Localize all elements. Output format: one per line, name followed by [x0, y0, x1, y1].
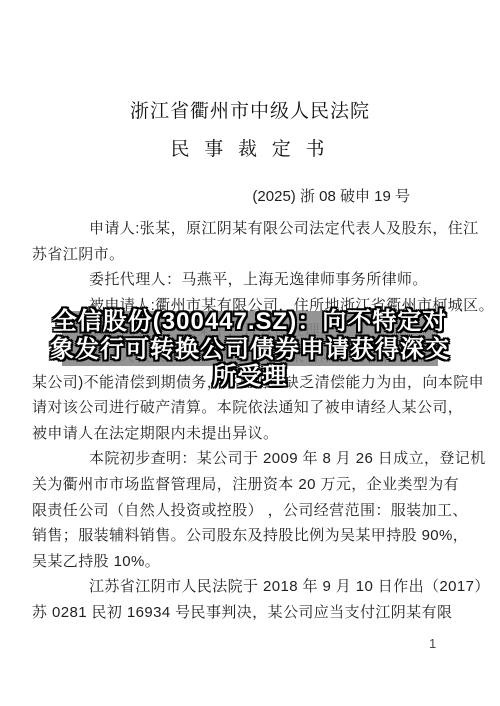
body-line: 本院初步查明：某公司于 2009 年 8 月 26 日成立，登记机	[32, 446, 470, 472]
body-line: 关为衢州市市场监督管理局，注册资本 20 万元，企业类型为有	[32, 472, 470, 498]
court-name: 浙江省衢州市中级人民法院	[0, 96, 500, 123]
body-line: 申请人:张某，原江阴某有限公司法定代表人及股东，住江	[32, 216, 470, 242]
headline-line: 象发行可转换公司债券申请获得深交	[0, 336, 500, 364]
headline-line: 所受理	[0, 363, 500, 391]
body-line: 江苏省江阴市人民法院于 2018 年 9 月 10 日作出（2017）	[32, 574, 470, 600]
court-document-page: 浙江省衢州市中级人民法院 民 事 裁 定 书 (2025) 浙 08 破申 19…	[0, 0, 500, 706]
body-line: 委托代理人：马燕平，上海无逸律师事务所律师。	[32, 267, 470, 293]
document-type-title: 民 事 裁 定 书	[0, 134, 500, 161]
body-line: 限责任公司（自然人投资或控股） ，公司经营范围：服装加工、	[32, 498, 470, 524]
headline-line: 全信股份(300447.SZ)：向不特定对	[0, 308, 500, 336]
body-line: 苏省江阴市。	[32, 242, 470, 268]
document-body: 申请人:张某，原江阴某有限公司法定代表人及股东，住江 苏省江阴市。 委托代理人：…	[32, 216, 470, 626]
page-number: 1	[429, 636, 436, 651]
news-headline-overlay: 全信股份(300447.SZ)：向不特定对 象发行可转换公司债券申请获得深交 所…	[0, 308, 500, 391]
body-line: 被申请人在法定期限内未提出异议。	[32, 421, 470, 447]
body-line: 请对该公司进行破产清算。本院依法通知了被申请经人某公司，	[32, 395, 470, 421]
body-line: 苏 0281 民初 16934 号民事判决，某公司应当支付江阴某有限	[32, 600, 470, 626]
case-number: (2025) 浙 08 破申 19 号	[252, 185, 410, 206]
body-line: 销售；服装辅料销售。公司股东及持股比例为吴某甲持股 90%，	[32, 523, 470, 549]
body-line: 吴某乙持股 10%。	[32, 549, 470, 575]
